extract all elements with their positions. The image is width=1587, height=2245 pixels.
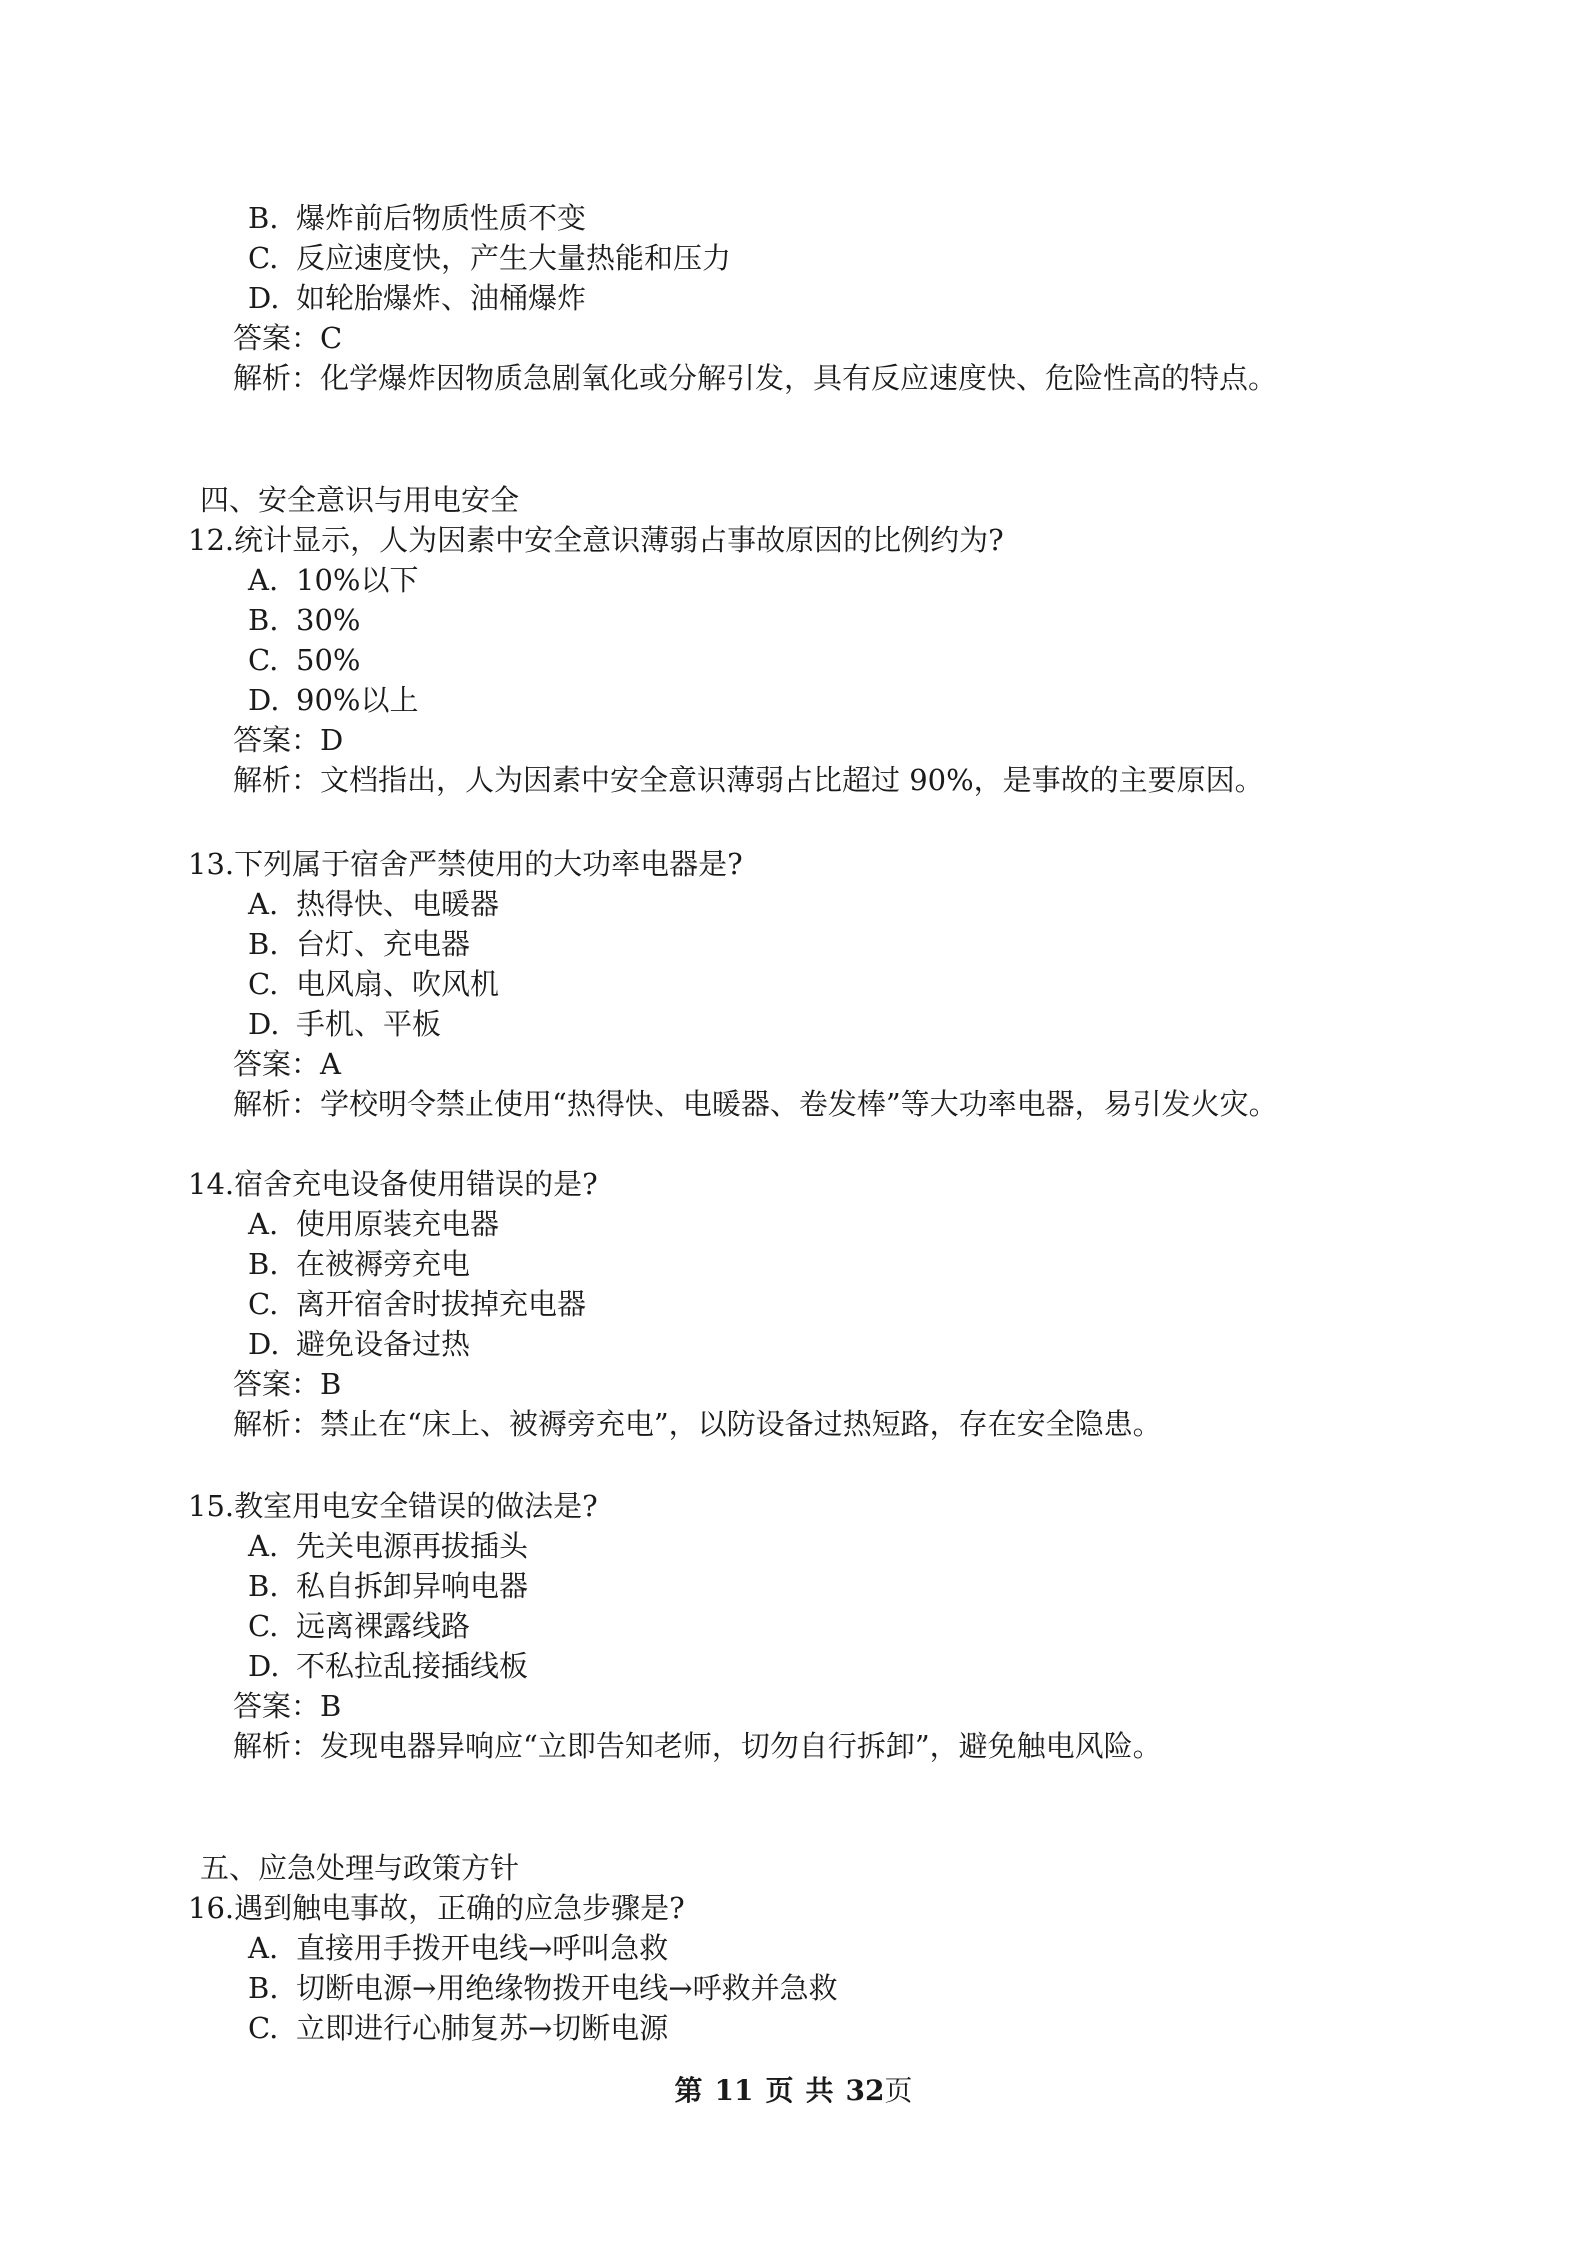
page-footer: 第11页共32页 <box>0 2069 1587 2109</box>
option-a: A.热得快、电暖器 <box>248 884 499 924</box>
footer-page-word: 页 <box>765 2074 793 2107</box>
answer: 答案：A <box>233 1044 341 1084</box>
answer: 答案：D <box>233 720 343 760</box>
option-b: B.私自拆卸异响电器 <box>248 1566 528 1606</box>
answer: 答案：B <box>233 1364 341 1404</box>
option-a: A.先关电源再拔插头 <box>248 1526 528 1566</box>
option-d: D.如轮胎爆炸、油桶爆炸 <box>248 278 586 318</box>
option-c: C.离开宿舍时拔掉充电器 <box>248 1284 586 1324</box>
question-stem: 16.遇到触电事故，正确的应急步骤是? <box>188 1888 685 1928</box>
option-a: A.直接用手拨开电线→呼叫急救 <box>248 1928 668 1968</box>
option-a: A.10%以下 <box>248 560 418 600</box>
footer-total-word: 共 <box>806 2074 834 2107</box>
analysis: 解析：禁止在“床上、被褥旁充电”，以防设备过热短路，存在安全隐患。 <box>233 1404 1162 1444</box>
analysis: 解析：化学爆炸因物质急剧氧化或分解引发，具有反应速度快、危险性高的特点。 <box>233 358 1277 398</box>
question-stem: 12.统计显示，人为因素中安全意识薄弱占事故原因的比例约为? <box>188 520 1004 560</box>
analysis: 解析：学校明令禁止使用“热得快、电暖器、卷发棒”等大功率电器，易引发火灾。 <box>233 1084 1278 1124</box>
option-b: B.30% <box>248 600 360 640</box>
option-d: D.避免设备过热 <box>248 1324 470 1364</box>
option-c: C.反应速度快，产生大量热能和压力 <box>248 238 731 278</box>
option-c: C.电风扇、吹风机 <box>248 964 499 1004</box>
question-stem: 13.下列属于宿舍严禁使用的大功率电器是? <box>188 844 743 884</box>
section-heading: 五、应急处理与政策方针 <box>200 1848 519 1888</box>
answer: 答案：B <box>233 1686 341 1726</box>
option-d: D.手机、平板 <box>248 1004 441 1044</box>
option-b: B.爆炸前后物质性质不变 <box>248 198 586 238</box>
footer-prefix: 第 <box>675 2074 703 2107</box>
option-b: B.台灯、充电器 <box>248 924 470 964</box>
option-a: A.使用原装充电器 <box>248 1204 499 1244</box>
option-d: D.90%以上 <box>248 680 418 720</box>
analysis: 解析：文档指出，人为因素中安全意识薄弱占比超过 90%，是事故的主要原因。 <box>233 760 1264 800</box>
total-pages-number: 32 <box>846 2074 885 2107</box>
question-stem: 14.宿舍充电设备使用错误的是? <box>188 1164 598 1204</box>
option-c: C.50% <box>248 640 360 680</box>
question-stem: 15.教室用电安全错误的做法是? <box>188 1486 598 1526</box>
analysis: 解析：发现电器异响应“立即告知老师，切勿自行拆卸”，避免触电风险。 <box>233 1726 1162 1766</box>
option-b: B.在被褥旁充电 <box>248 1244 470 1284</box>
option-d: D.不私拉乱接插线板 <box>248 1646 528 1686</box>
answer: 答案：C <box>233 318 342 358</box>
section-heading: 四、安全意识与用电安全 <box>200 480 519 520</box>
current-page-number: 11 <box>715 2074 754 2107</box>
option-b: B.切断电源→用绝缘物拨开电线→呼救并急救 <box>248 1968 838 2008</box>
option-c: C.立即进行心肺复苏→切断电源 <box>248 2008 668 2048</box>
option-c: C.远离裸露线路 <box>248 1606 470 1646</box>
footer-suffix: 页 <box>884 2074 912 2107</box>
